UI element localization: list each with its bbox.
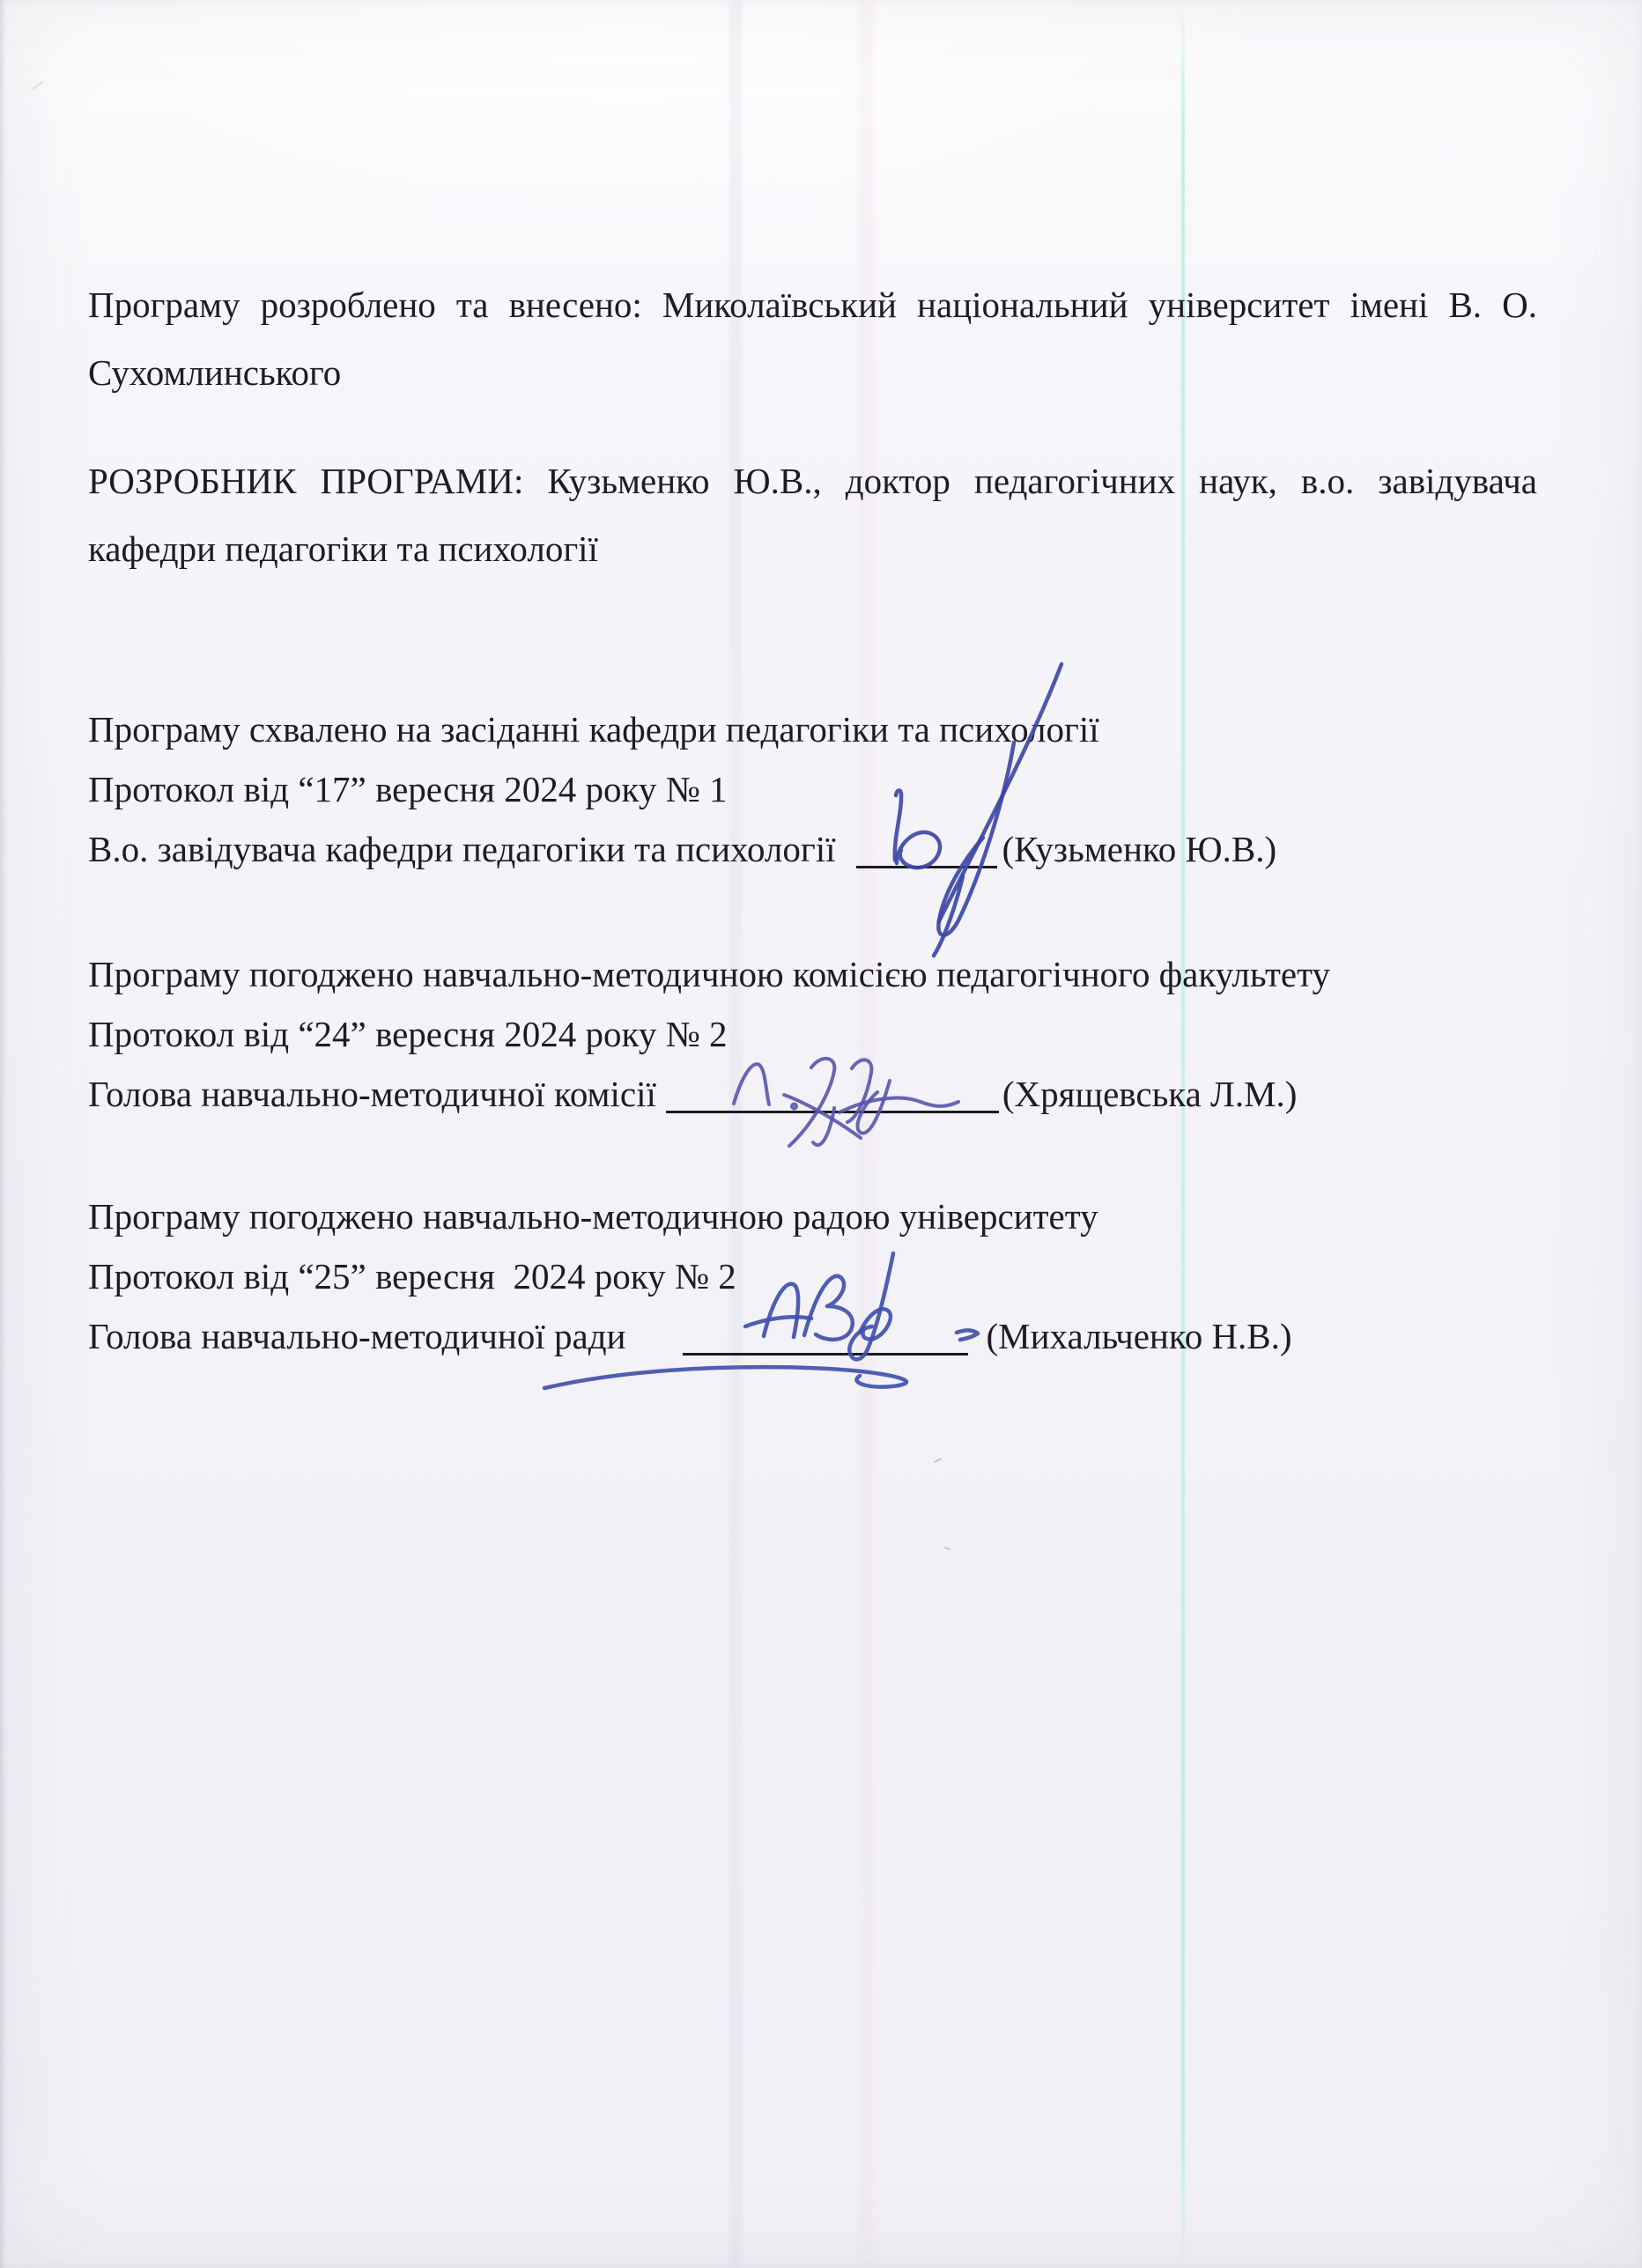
approval-signature-line: В.о. завідувача кафедри педагогіки та пс… [88, 819, 1537, 879]
approval-protocol: Протокол від “24” вересня 2024 року № 2 [88, 1004, 1537, 1064]
signatory-name: (Михальченко Н.В.) [987, 1316, 1292, 1356]
approval-statement: Програму погоджено навчально-методичною … [88, 1186, 1537, 1246]
approval-protocol: Протокол від “17” вересня 2024 року № 1 [88, 759, 1537, 819]
intro-paragraph: Програму розроблено та внесено: Миколаїв… [88, 271, 1537, 407]
signature-blank-line [856, 865, 997, 868]
approval-protocol: Протокол від “25” вересня 2024 року № 2 [88, 1246, 1537, 1306]
intro-line-2: Сухомлинського [88, 339, 1537, 407]
signatory-name: (Хрящевська Л.М.) [1002, 1074, 1298, 1114]
scanned-document-page: Програму розроблено та внесено: Миколаїв… [0, 0, 1642, 2268]
signature-blank-line [683, 1352, 968, 1356]
signatory-name: (Кузьменко Ю.В.) [1002, 829, 1277, 869]
signatory-title: Голова навчально-методичної ради [88, 1316, 626, 1356]
paper-speck [934, 1458, 942, 1463]
approval-statement: Програму погоджено навчально-методичною … [88, 944, 1537, 1004]
developer-paragraph: РОЗРОБНИК ПРОГРАМИ: Кузьменко Ю.В., докт… [88, 447, 1537, 583]
approval-signature-line: Голова навчально-методичної комісії(Хрящ… [88, 1064, 1537, 1124]
scan-edge-shadow [0, 0, 6, 2268]
approval-statement: Програму схвалено на засіданні кафедри п… [88, 699, 1537, 759]
paper-speck [944, 1547, 950, 1550]
developer-line-2: кафедри педагогіки та психології [88, 515, 1537, 583]
signatory-title: В.о. завідувача кафедри педагогіки та пс… [88, 829, 836, 869]
approval-block-department: Програму схвалено на засіданні кафедри п… [88, 699, 1537, 879]
intro-line-1: Програму розроблено та внесено: Миколаїв… [88, 271, 1537, 339]
developer-line-1: РОЗРОБНИК ПРОГРАМИ: Кузьменко Ю.В., докт… [88, 447, 1537, 515]
approval-block-university-council: Програму погоджено навчально-методичною … [88, 1186, 1537, 1366]
approval-block-faculty-commission: Програму погоджено навчально-методичною … [88, 944, 1537, 1124]
signature-blank-line [666, 1110, 999, 1113]
signatory-title: Голова навчально-методичної комісії [88, 1074, 656, 1114]
paper-speck [33, 81, 44, 90]
approval-signature-line: Голова навчально-методичної ради(Михальч… [88, 1306, 1537, 1366]
